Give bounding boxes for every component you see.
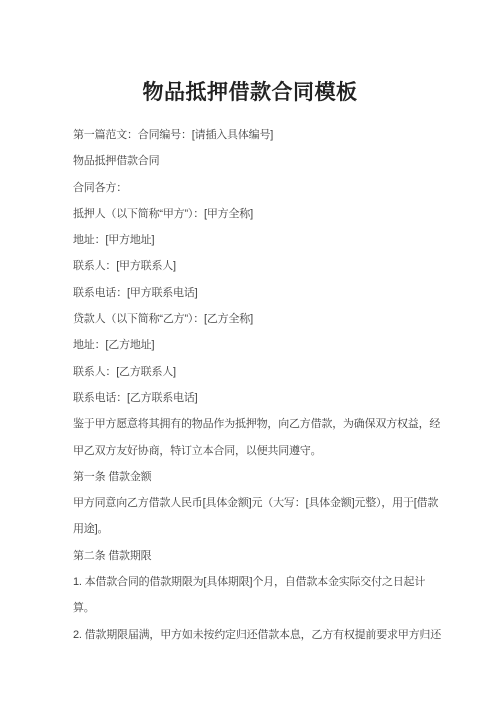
document-page: 物品抵押借款合同模板 第一篇范文：合同编号：[请插入具体编号]物品抵押借款合同合… (0, 0, 500, 707)
contract-line: 算。 (73, 595, 470, 621)
contract-line: 抵押人（以下简称“甲方”）：[甲方全称] (73, 201, 470, 227)
contract-line: 用途]。 (73, 516, 470, 542)
contract-line: 地址：[甲方地址] (73, 227, 470, 253)
contract-line: 联系人：[甲方联系人] (73, 253, 470, 279)
contract-line: 联系人：[乙方联系人] (73, 359, 470, 385)
contract-line: 贷款人（以下简称“乙方”）：[乙方全称] (73, 306, 470, 332)
contract-line: 联系电话：[甲方联系电话] (73, 280, 470, 306)
document-title: 物品抵押借款合同模板 (0, 80, 500, 105)
contract-line: 联系电话：[乙方联系电话] (73, 385, 470, 411)
document-body: 第一篇范文：合同编号：[请插入具体编号]物品抵押借款合同合同各方：抵押人（以下简… (73, 122, 470, 648)
contract-line: 第二条 借款期限 (73, 543, 470, 569)
contract-line: 甲方同意向乙方借款人民币[具体金额]元（大写：[具体金额]元整），用于[借款 (73, 490, 470, 516)
contract-line: 第一篇范文：合同编号：[请插入具体编号] (73, 122, 470, 148)
contract-line: 地址：[乙方地址] (73, 332, 470, 358)
contract-line: 2. 借款期限届满，甲方如未按约定归还借款本息，乙方有权提前要求甲方归还 (73, 622, 470, 648)
contract-line: 鉴于甲方愿意将其拥有的物品作为抵押物，向乙方借款，为确保双方权益，经 (73, 411, 470, 437)
contract-line: 1. 本借款合同的借款期限为[具体期限]个月，自借款本金实际交付之日起计 (73, 569, 470, 595)
contract-line: 甲乙双方友好协商，特订立本合同，以便共同遵守。 (73, 438, 470, 464)
contract-line: 第一条 借款金额 (73, 464, 470, 490)
contract-line: 物品抵押借款合同 (73, 148, 470, 174)
contract-line: 合同各方： (73, 175, 470, 201)
